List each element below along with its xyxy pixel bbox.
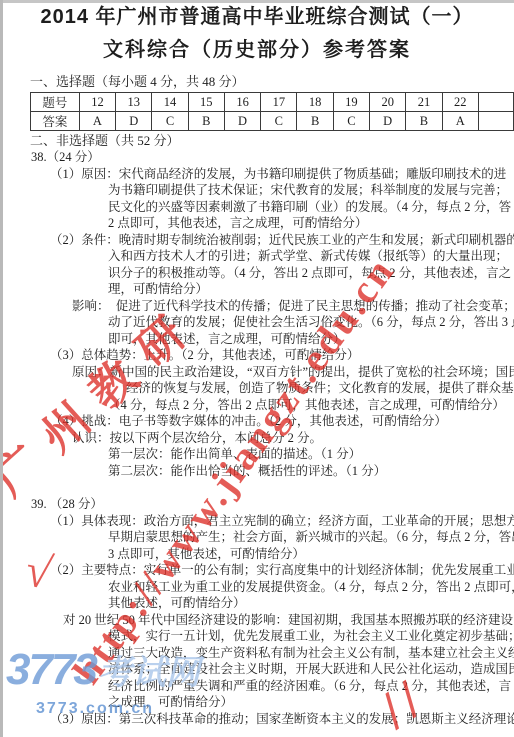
answer-line: （4 分，每点 2 分，答出 2 点即可，其他表述，言之成理，可酌情给分） bbox=[0, 397, 514, 414]
question-number-cell bbox=[478, 93, 513, 112]
question-number-cell: 22 bbox=[442, 93, 478, 112]
answer-cell: D bbox=[224, 112, 260, 131]
answer-line: 第二层次：能作出恰当的、概括性的评述。（1 分） bbox=[0, 463, 514, 480]
answer-cell: C bbox=[261, 112, 297, 131]
answer-line: 经济比例的严重失调和严重的经济困难。（6 分，每点 2 分，其他表述，言 bbox=[0, 678, 514, 695]
question-number-cell: 16 bbox=[224, 93, 260, 112]
answer-line: 之成理，可酌情给分） bbox=[0, 694, 514, 711]
document-page: 2014 年广州市普通高中毕业班综合测试（一） 文科综合（历史部分）参考答案 一… bbox=[0, 0, 514, 737]
page-title: 2014 年广州市普通高中毕业班综合测试（一） bbox=[0, 5, 514, 30]
answer-line: （3）原因：第三次科技革命的推动；国家垄断资本主义的发展；凯恩斯主义经济理论的 bbox=[0, 711, 514, 728]
question-number-cell: 21 bbox=[406, 93, 442, 112]
question38-heading: 38.（24 分） bbox=[0, 149, 514, 166]
answer-cell: A bbox=[79, 112, 115, 131]
answer-cell: B bbox=[297, 112, 333, 131]
question-number-cell: 17 bbox=[261, 93, 297, 112]
answer-cell: C bbox=[152, 112, 188, 131]
question-number-cell: 12 bbox=[79, 93, 115, 112]
question-number-cell: 13 bbox=[116, 93, 152, 112]
answer-cell bbox=[478, 112, 513, 131]
question-number-row: 题号 1213141516171819202122 bbox=[31, 93, 514, 112]
answer-line: 模式，实行一五计划，优先发展重工业，为社会主义工业化奠定初步基础； bbox=[0, 628, 514, 645]
answer-line: （2）主要特点：实行单一的公有制；实行高度集中的计划经济体制；优先发展重工业， bbox=[0, 562, 514, 579]
question-number-cell: 18 bbox=[297, 93, 333, 112]
answer-line: 动了近代教育的发展；促使社会生活习俗变化。（6 分，每点 2 分，答出 3 点 bbox=[0, 314, 514, 331]
question-number-cell: 20 bbox=[370, 93, 406, 112]
answer-line: 3 点即可，其他表述，可酌情给分） bbox=[0, 546, 514, 563]
row-label-answers: 答案 bbox=[31, 112, 80, 131]
answer-line: （4）挑战：电子书等数字媒体的冲击。（2 分，其他表述，可酌情给分） bbox=[0, 413, 514, 430]
answer-cell: B bbox=[188, 112, 224, 131]
answer-line: 入和西方技术人才的引进；新式学堂、新式传媒（报纸等）的大量出现； bbox=[0, 248, 514, 265]
section2-heading: 二、非选择题（共 52 分） bbox=[0, 132, 514, 149]
answer-line: 第一层次：能作出简单、表面的描述。（1 分） bbox=[0, 446, 514, 463]
answer-line: 早期启蒙思想的产生；社会方面，新兴城市的兴起。（6 分，每点 2 分，答出 bbox=[0, 529, 514, 546]
page-edge-left bbox=[0, 0, 3, 737]
answer-line: 农业和轻工业为重工业的发展提供资金。（4 分，每点 2 分，答出 2 点即可， bbox=[0, 579, 514, 596]
answer-cell: A bbox=[442, 112, 478, 131]
answer-line: 即可，其他表述，言之成理，可酌情给分） bbox=[0, 331, 514, 348]
answer-line: 民文化的兴盛等因素刺激了书籍印刷（业）的发展。（4 分，每点 2 分，答 bbox=[0, 199, 514, 216]
answer-line: 经济的恢复与发展，创造了物质条件；文化教育的发展，提供了群众基础。 bbox=[0, 380, 514, 397]
question-number-cell: 19 bbox=[333, 93, 369, 112]
answer-line: 原因：新中国的民主政治建设，“双百方针”的提出，提供了宽松的社会环境；国民 bbox=[0, 364, 514, 381]
answer-line: 为书籍印刷提供了技术保证；宋代教育的发展；科举制度的发展与完善； bbox=[0, 182, 514, 199]
answer-line: （2）条件：晚清时期专制统治被削弱；近代民族工业的产生和发展；新式印刷机器的 bbox=[0, 232, 514, 249]
answer-line: 2 点即可，其他表述，言之成理，可酌情给分） bbox=[0, 215, 514, 232]
question39-answer-block: （1）具体表现：政治方面，君主立宪制的确立；经济方面，工业革命的开展；思想方面，… bbox=[0, 513, 514, 728]
answer-line: 影响： 促进了近代科学技术的传播；促进了民主思想的传播；推动了社会变革；推 bbox=[0, 298, 514, 315]
answer-cell: B bbox=[406, 112, 442, 131]
answer-cell: D bbox=[116, 112, 152, 131]
answer-line: 对 20 世纪 50 年代中国经济建设的影响：建国初期，我国基本照搬苏联的经济建… bbox=[0, 612, 514, 629]
answers-table: 题号 1213141516171819202122 答案 ADCBDCBCDBA bbox=[30, 92, 514, 131]
answer-line: （1）原因：宋代商品经济的发展，为书籍印刷提供了物质基础；雕版印刷技术的进 bbox=[0, 166, 514, 183]
answer-line: 理，可酌情给分） bbox=[0, 281, 514, 298]
answer-cell: D bbox=[370, 112, 406, 131]
page-edge-top bbox=[0, 0, 514, 3]
answer-line: 通过三大改造，变生产资料私有制为社会主义公有制，基本建立社会主义经 bbox=[0, 645, 514, 662]
answer-line: 识分子的积极推动等。（4 分，答出 2 点即可，每点 2 分，其他表述，言之 bbox=[0, 265, 514, 282]
answer-line: （1）具体表现：政治方面，君主立宪制的确立；经济方面，工业革命的开展；思想方面， bbox=[0, 513, 514, 530]
question-number-cell: 14 bbox=[152, 93, 188, 112]
question-number-cell: 15 bbox=[188, 93, 224, 112]
answer-line: 济体系；全面建设社会主义时期，开展大跃进和人民公社化运动，造成国民 bbox=[0, 661, 514, 678]
answer-line: 其他表述，可酌情给分） bbox=[0, 595, 514, 612]
answer-row: 答案 ADCBDCBCDBA bbox=[31, 112, 514, 131]
section1-heading: 一、选择题（每小题 4 分，共 48 分） bbox=[0, 73, 514, 90]
page-subtitle: 文科综合（历史部分）参考答案 bbox=[0, 38, 514, 63]
question39-heading: 39. （28 分） bbox=[0, 496, 514, 513]
answer-line: （3）总体趋势：上升。（2 分，其他表述，可酌情给分） bbox=[0, 347, 514, 364]
row-label-numbers: 题号 bbox=[31, 93, 80, 112]
answer-line: 认识：按以下两个层次给分，本问总分 2 分。 bbox=[0, 430, 514, 447]
answer-cell: C bbox=[333, 112, 369, 131]
question38-answer-block: （1）原因：宋代商品经济的发展，为书籍印刷提供了物质基础；雕版印刷技术的进为书籍… bbox=[0, 166, 514, 480]
